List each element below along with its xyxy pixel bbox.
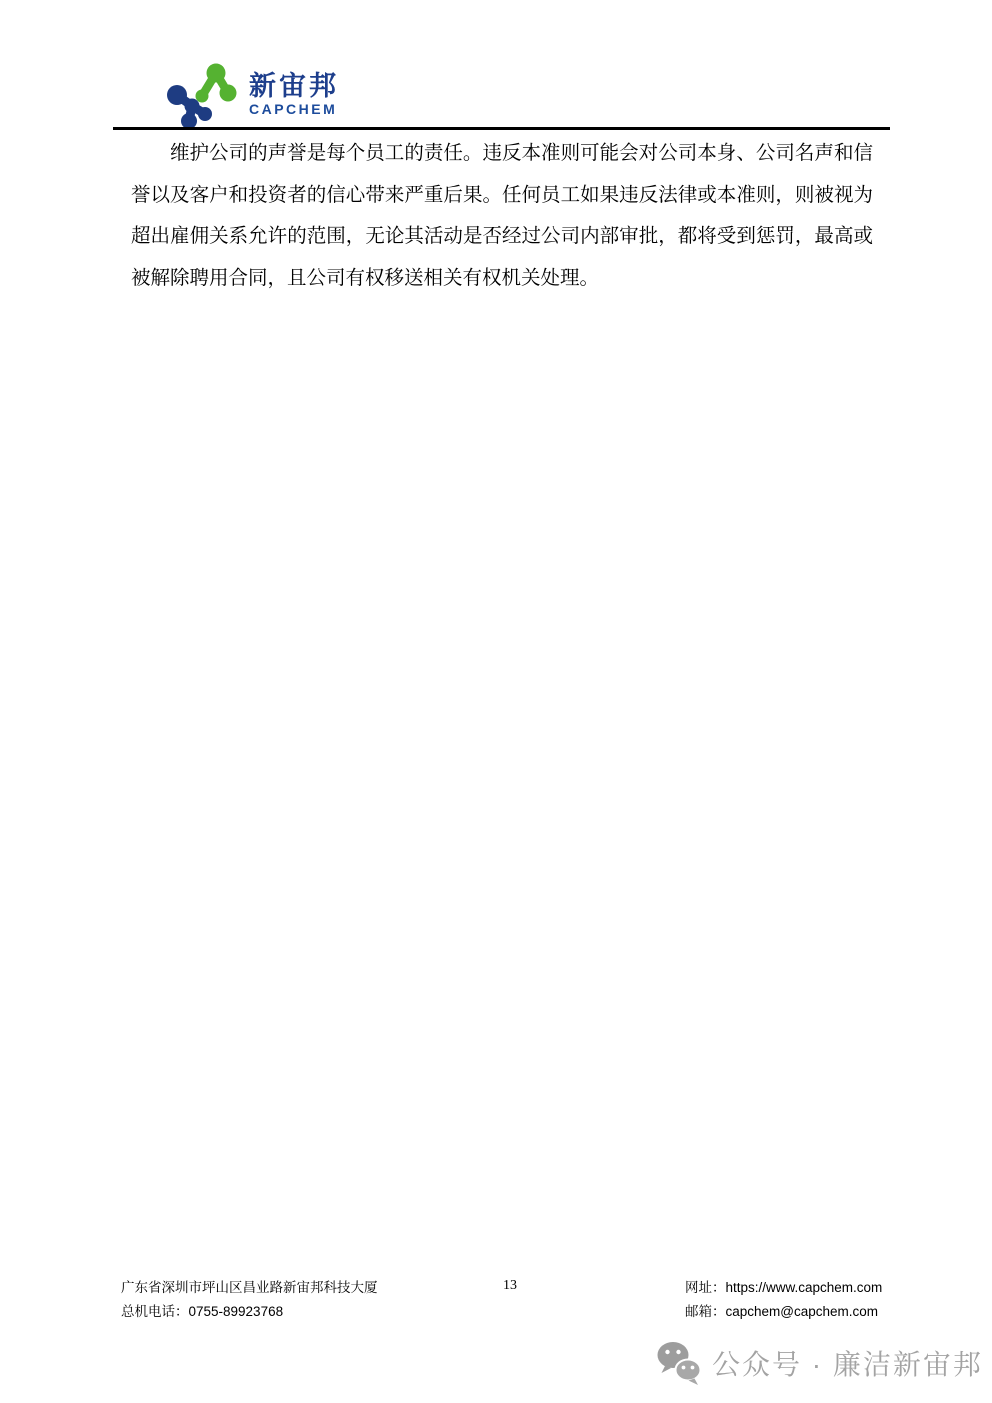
footer-email: 邮箱：capchem@capchem.com bbox=[685, 1300, 882, 1324]
watermark-text: 公众号 · 廉洁新宙邦 bbox=[712, 1343, 983, 1383]
wechat-watermark: 公众号 · 廉洁新宙邦 bbox=[654, 1340, 983, 1386]
document-page: 新宙邦 CAPCHEM 维护公司的声誉是每个员工的责任。违反本准则可能会对公司本… bbox=[0, 0, 992, 1403]
footer-right-block: 网址：https://www.capchem.com 邮箱：capchem@ca… bbox=[685, 1276, 882, 1324]
footer-left-block: 广东省深圳市坪山区昌业路新宙邦科技大厦 总机电话：0755-89923768 bbox=[121, 1276, 378, 1324]
body-paragraph: 维护公司的声誉是每个员工的责任。违反本准则可能会对公司本身、公司名声和信誉以及客… bbox=[131, 133, 873, 300]
wechat-icon bbox=[654, 1340, 702, 1386]
footer-phone: 总机电话：0755-89923768 bbox=[121, 1300, 378, 1324]
footer-address: 广东省深圳市坪山区昌业路新宙邦科技大厦 bbox=[121, 1276, 378, 1300]
capchem-molecule-icon bbox=[165, 58, 241, 128]
header-divider bbox=[113, 127, 890, 130]
logo-name-en: CAPCHEM bbox=[249, 102, 339, 117]
logo-name-cn: 新宙邦 bbox=[249, 72, 339, 100]
page-number: 13 bbox=[470, 1278, 550, 1294]
logo-text: 新宙邦 CAPCHEM bbox=[249, 72, 339, 117]
footer-website: 网址：https://www.capchem.com bbox=[685, 1276, 882, 1300]
capchem-logo: 新宙邦 CAPCHEM bbox=[165, 58, 339, 128]
